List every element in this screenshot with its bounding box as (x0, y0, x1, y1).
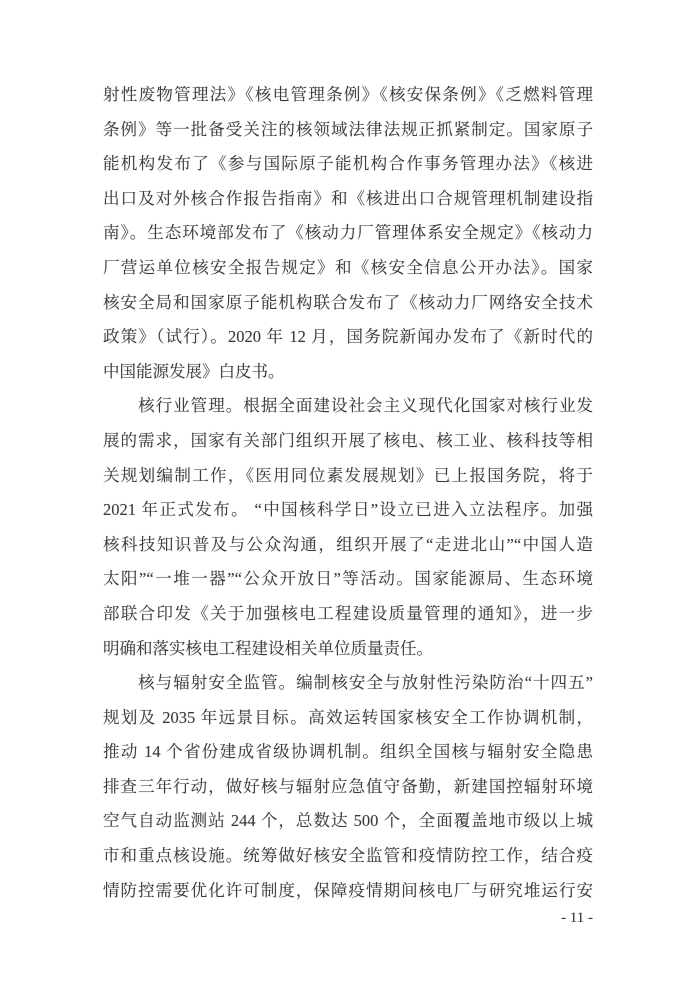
text-line: 核与辐射安全监管。编制核安全与放射性污染防治“十四五” (103, 666, 593, 701)
text-line: 核行业管理。根据全面建设社会主义现代化国家对核行业发 (103, 389, 593, 424)
text-line: 出口及对外核合作报告指南》和《核进出口合规管理机制建设指 (103, 182, 593, 217)
text-line: 厂营运单位核安全报告规定》和《核安全信息公开办法》。国家 (103, 251, 593, 286)
text-line: 政策》（试行）。2020 年 12 月，国务院新闻办发布了《新时代的 (103, 320, 593, 355)
text-line: 展的需求，国家有关部门组织开展了核电、核工业、核科技等相 (103, 424, 593, 459)
text-line: 市和重点核设施。统筹做好核安全监管和疫情防控工作，结合疫 (103, 839, 593, 874)
text-line: 太阳”“一堆一器”“公众开放日”等活动。国家能源局、生态环境 (103, 562, 593, 597)
text-line: 空气自动监测站 244 个，总数达 500 个，全面覆盖地市级以上城 (103, 804, 593, 839)
text-line: 情防控需要优化许可制度，保障疫情期间核电厂与研究堆运行安 (103, 874, 593, 909)
text-line: 排查三年行动，做好核与辐射应急值守备勤，新建国控辐射环境 (103, 770, 593, 805)
text-line: 射性废物管理法》《核电管理条例》《核安保条例》《乏燃料管理 (103, 78, 593, 113)
text-line: 明确和落实核电工程建设相关单位质量责任。 (103, 632, 593, 667)
text-line: 核安全局和国家原子能机构联合发布了《核动力厂网络安全技术 (103, 286, 593, 321)
text-line: 推动 14 个省份建成省级协调机制。组织全国核与辐射安全隐患 (103, 735, 593, 770)
text-line: 关规划编制工作，《医用同位素发展规划》已上报国务院，将于 (103, 459, 593, 494)
text-line: 2021 年正式发布。 “中国核科学日”设立已进入立法程序。加强 (103, 493, 593, 528)
document-page: 射性废物管理法》《核电管理条例》《核安保条例》《乏燃料管理条例》等一批备受关注的… (0, 0, 700, 990)
text-line: 规划及 2035 年远景目标。高效运转国家核安全工作协调机制， (103, 701, 593, 736)
text-line: 部联合印发《关于加强核电工程建设质量管理的通知》，进一步 (103, 597, 593, 632)
document-body: 射性废物管理法》《核电管理条例》《核安保条例》《乏燃料管理条例》等一批备受关注的… (103, 78, 593, 908)
text-line: 核科技知识普及与公众沟通，组织开展了“走进北山”“中国人造 (103, 528, 593, 563)
text-line: 中国能源发展》白皮书。 (103, 355, 593, 390)
page-number: - 11 - (103, 910, 593, 927)
text-line: 条例》等一批备受关注的核领域法律法规正抓紧制定。国家原子 (103, 113, 593, 148)
text-line: 能机构发布了《参与国际原子能机构合作事务管理办法》《核进 (103, 147, 593, 182)
text-line: 南》。生态环境部发布了《核动力厂管理体系安全规定》《核动力 (103, 216, 593, 251)
